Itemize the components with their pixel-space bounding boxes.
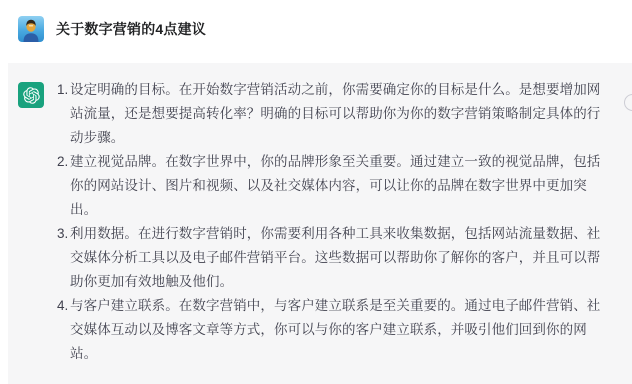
list-item: 2. 建立视觉品牌。在数字世界中，你的品牌形象至关重要。通过建立一致的视觉品牌，…: [57, 150, 604, 222]
list-item-text: 建立视觉品牌。在数字世界中，你的品牌形象至关重要。通过建立一致的视觉品牌，包括你…: [70, 150, 604, 222]
conversation-title: 关于数字营销的4点建议: [56, 19, 206, 39]
list-item-number: 2.: [57, 150, 70, 174]
chat-page: 关于数字营销的4点建议 1. 设定明确的目标。在开始数字营销活动之前，你需要确定…: [0, 0, 632, 384]
list-item: 3. 利用数据。在进行数字营销时，你需要利用各种工具来收集数据，包括网站流量数据…: [57, 222, 604, 294]
list-item: 4. 与客户建立联系。在数字营销中，与客户建立联系是至关重要的。通过电子邮件营销…: [57, 294, 604, 366]
list-item: 1. 设定明确的目标。在开始数字营销活动之前，你需要确定你的目标是什么。是想要增…: [57, 78, 604, 150]
user-avatar-icon: [18, 16, 44, 42]
list-item-text: 设定明确的目标。在开始数字营销活动之前，你需要确定你的目标是什么。是想要增加网站…: [70, 78, 604, 150]
list-item-text: 与客户建立联系。在数字营销中，与客户建立联系是至关重要的。通过电子邮件营销、社交…: [70, 294, 604, 366]
list-item-number: 4.: [57, 294, 70, 318]
list-item-text: 利用数据。在进行数字营销时，你需要利用各种工具来收集数据，包括网站流量数据、社交…: [70, 222, 604, 294]
list-item-number: 3.: [57, 222, 70, 246]
chatgpt-logo-icon: [18, 82, 44, 108]
assistant-message: 1. 设定明确的目标。在开始数字营销活动之前，你需要确定你的目标是什么。是想要增…: [8, 63, 632, 384]
list-item-number: 1.: [57, 78, 70, 102]
user-message: 关于数字营销的4点建议: [18, 16, 206, 42]
answer-list: 1. 设定明确的目标。在开始数字营销活动之前，你需要确定你的目标是什么。是想要增…: [8, 63, 632, 366]
